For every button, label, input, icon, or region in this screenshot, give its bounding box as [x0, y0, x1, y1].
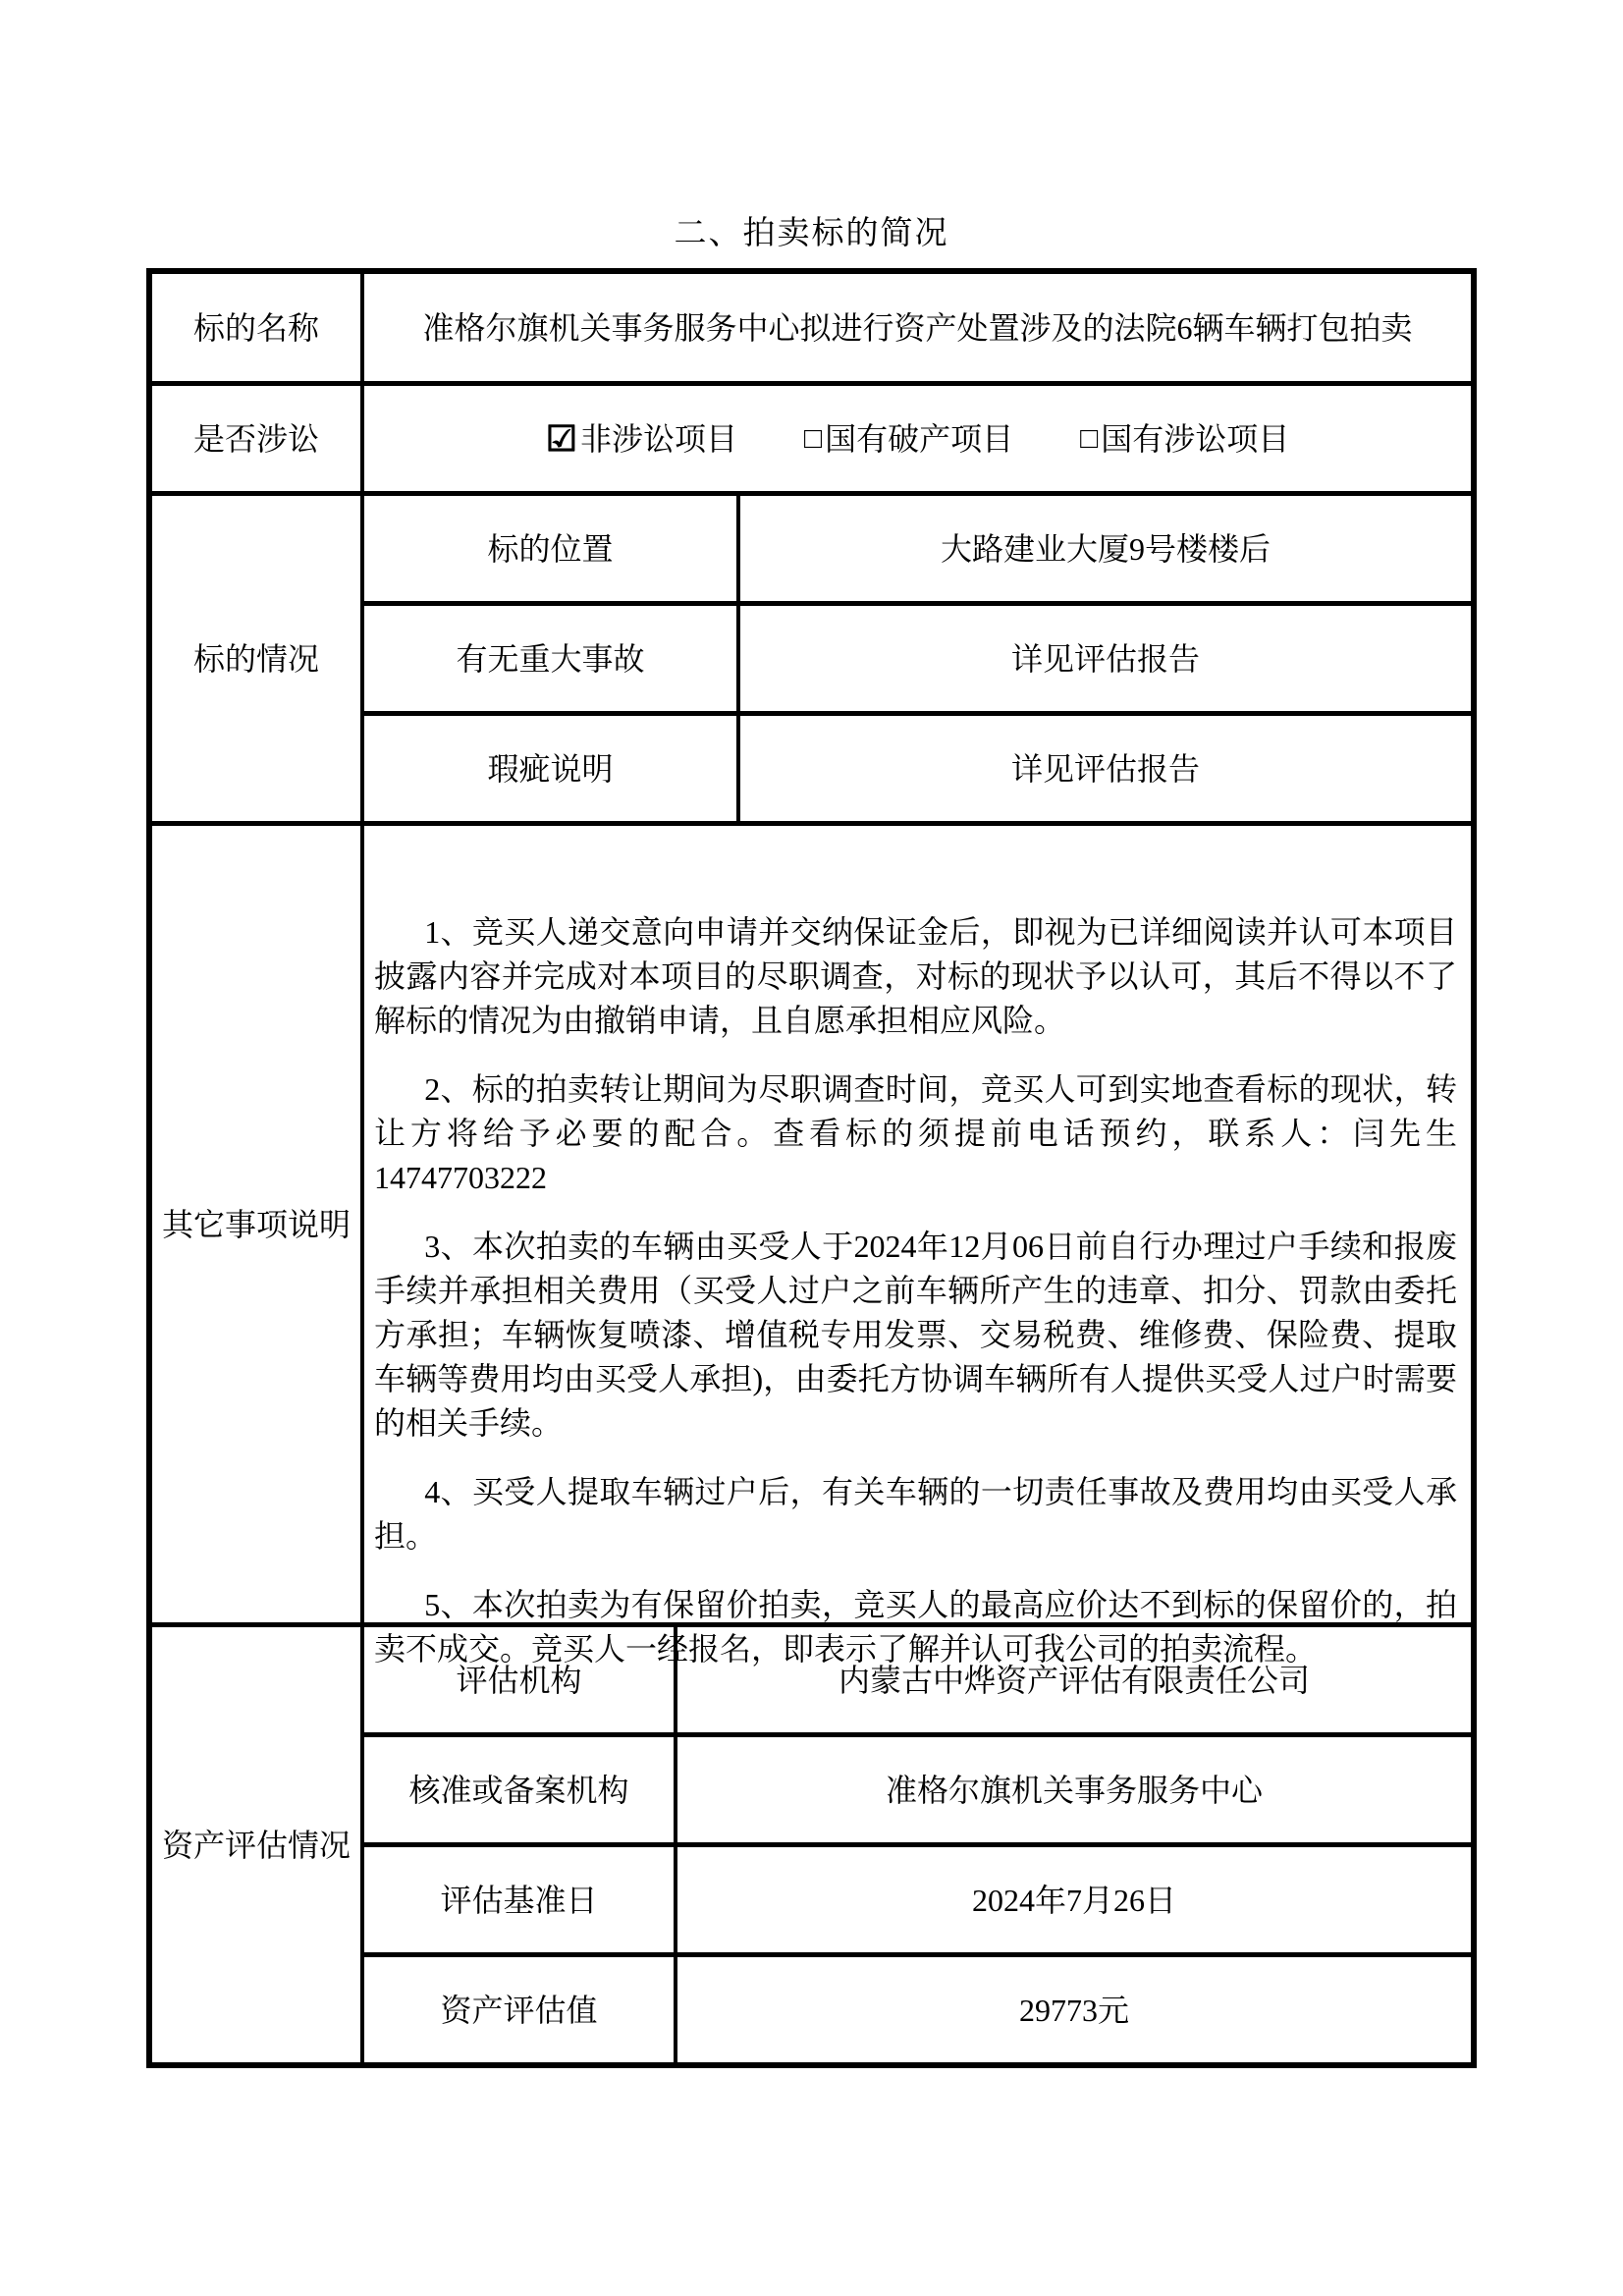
- auction-summary-table: 标的名称 准格尔旗机关事务服务中心拟进行资产处置涉及的法院6辆车辆打包拍卖 是否…: [146, 268, 1477, 2068]
- checked-checkbox-icon: ☑: [546, 421, 577, 457]
- location-value: 大路建业大厦9号楼楼后: [736, 496, 1471, 601]
- litigation-options-cell: ☑ 非涉讼项目 □ 国有破产项目 □ 国有涉讼项目: [360, 386, 1471, 491]
- section-asset-valuation: 资产评估情况 评估机构 内蒙古中烨资产评估有限责任公司 核准或备案机构 准格尔旗…: [152, 1622, 1471, 2062]
- major-accident-label: 有无重大事故: [360, 606, 736, 711]
- option-state-litigation: □ 国有涉讼项目: [1080, 417, 1289, 461]
- asset-value-label: 资产评估值: [360, 1957, 674, 2062]
- other-notes-content: 1、竞买人递交意向申请并交纳保证金后，即视为已详细阅读并认可本项目披露内容并完成…: [360, 826, 1471, 1622]
- table-row-approval-agency: 核准或备案机构 准格尔旗机关事务服务中心: [360, 1732, 1471, 1842]
- table-row-appraisal-agency: 评估机构 内蒙古中烨资产评估有限责任公司: [360, 1627, 1471, 1732]
- option-non-litigation-label: 非涉讼项目: [580, 417, 737, 461]
- table-row-defect-note: 瑕疵说明 详见评估报告: [360, 711, 1471, 821]
- appraisal-agency-value: 内蒙古中烨资产评估有限责任公司: [674, 1627, 1471, 1732]
- subject-name-label: 标的名称: [152, 274, 360, 381]
- option-state-litigation-label: 国有涉讼项目: [1101, 417, 1289, 461]
- asset-valuation-rows: 评估机构 内蒙古中烨资产评估有限责任公司 核准或备案机构 准格尔旗机关事务服务中…: [360, 1627, 1471, 2062]
- asset-value-value: 29773元: [674, 1957, 1471, 2062]
- major-accident-value: 详见评估报告: [736, 606, 1471, 711]
- other-notes-label: 其它事项说明: [152, 826, 360, 1622]
- other-notes-paragraph-3: 3、本次拍卖的车辆由买受人于2024年12月06日前自行办理过户手续和报废手续并…: [374, 1225, 1457, 1446]
- option-state-bankruptcy: □ 国有破产项目: [804, 417, 1013, 461]
- asset-valuation-label: 资产评估情况: [152, 1627, 360, 2062]
- valuation-base-date-label: 评估基准日: [360, 1847, 674, 1952]
- table-row-subject-name: 标的名称 准格尔旗机关事务服务中心拟进行资产处置涉及的法院6辆车辆打包拍卖: [152, 274, 1471, 381]
- option-non-litigation: ☑ 非涉讼项目: [546, 417, 737, 461]
- approval-agency-value: 准格尔旗机关事务服务中心: [674, 1737, 1471, 1842]
- unchecked-checkbox-icon: □: [804, 421, 822, 457]
- defect-note-value: 详见评估报告: [736, 716, 1471, 821]
- table-row-litigation: 是否涉讼 ☑ 非涉讼项目 □ 国有破产项目 □ 国有涉讼项目: [152, 381, 1471, 491]
- litigation-label: 是否涉讼: [152, 386, 360, 491]
- litigation-options: ☑ 非涉讼项目 □ 国有破产项目 □ 国有涉讼项目: [546, 417, 1290, 461]
- table-row-other-notes: 其它事项说明 1、竞买人递交意向申请并交纳保证金后，即视为已详细阅读并认可本项目…: [152, 821, 1471, 1622]
- section-subject-status: 标的情况 标的位置 大路建业大厦9号楼楼后 有无重大事故 详见评估报告 瑕疵说明…: [152, 491, 1471, 821]
- table-row-asset-value: 资产评估值 29773元: [360, 1952, 1471, 2062]
- table-row-major-accident: 有无重大事故 详见评估报告: [360, 601, 1471, 711]
- defect-note-label: 瑕疵说明: [360, 716, 736, 821]
- location-label: 标的位置: [360, 496, 736, 601]
- approval-agency-label: 核准或备案机构: [360, 1737, 674, 1842]
- other-notes-paragraph-4: 4、买受人提取车辆过户后，有关车辆的一切责任事故及费用均由买受人承担。: [374, 1470, 1457, 1558]
- unchecked-checkbox-icon: □: [1080, 421, 1098, 457]
- subject-status-rows: 标的位置 大路建业大厦9号楼楼后 有无重大事故 详见评估报告 瑕疵说明 详见评估…: [360, 496, 1471, 821]
- valuation-base-date-value: 2024年7月26日: [674, 1847, 1471, 1952]
- table-row-valuation-base-date: 评估基准日 2024年7月26日: [360, 1842, 1471, 1952]
- other-notes-paragraph-1: 1、竞买人递交意向申请并交纳保证金后，即视为已详细阅读并认可本项目披露内容并完成…: [374, 910, 1457, 1043]
- page-title: 二、拍卖标的简况: [0, 0, 1623, 251]
- option-state-bankruptcy-label: 国有破产项目: [825, 417, 1013, 461]
- document-page: 二、拍卖标的简况 标的名称 准格尔旗机关事务服务中心拟进行资产处置涉及的法院6辆…: [0, 0, 1623, 2296]
- subject-name-value: 准格尔旗机关事务服务中心拟进行资产处置涉及的法院6辆车辆打包拍卖: [360, 274, 1471, 381]
- subject-status-label: 标的情况: [152, 496, 360, 821]
- other-notes-paragraph-2: 2、标的拍卖转让期间为尽职调查时间，竞买人可到实地查看标的现状，转让方将给予必要…: [374, 1067, 1457, 1200]
- appraisal-agency-label: 评估机构: [360, 1627, 674, 1732]
- table-row-location: 标的位置 大路建业大厦9号楼楼后: [360, 496, 1471, 601]
